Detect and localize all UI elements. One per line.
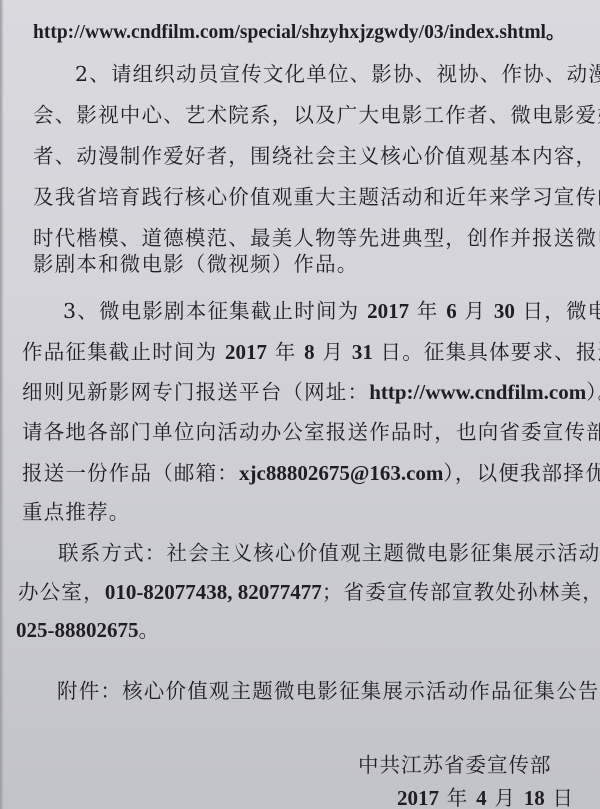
contact-line-1: 联系方式：社会主义核心价值观主题微电影征集展示活动 bbox=[58, 541, 600, 565]
text: 年 bbox=[439, 786, 476, 809]
text: 年 bbox=[409, 299, 446, 323]
month: 4 bbox=[476, 786, 487, 809]
para2-line-1: 2、请组织动员宣传文化单位、影协、视协、作协、动漫协 bbox=[75, 62, 600, 86]
attachment-line: 附件：核心价值观主题微电影征集展示活动作品征集公告 bbox=[57, 679, 600, 703]
text: 细则见新影网专门报送平台（网址： bbox=[22, 380, 369, 404]
month: 8 bbox=[304, 340, 315, 364]
page-edge-shadow bbox=[0, 0, 4, 809]
para3-line-4: 请各地各部门单位向活动办公室报送作品时，也向省委宣传部 bbox=[22, 420, 600, 444]
para2-line-4: 及我省培育践行核心价值观重大主题活动和近年来学习宣传的 bbox=[33, 185, 600, 209]
email-link[interactable]: xjc88802675@163.com bbox=[239, 461, 443, 485]
para3-line-3: 细则见新影网专门报送平台（网址：http://www.cndfilm.com）。 bbox=[22, 380, 600, 404]
phone-numbers: 010-82077438, 82077477 bbox=[105, 580, 322, 604]
month: 6 bbox=[446, 299, 457, 323]
text: 日 bbox=[545, 786, 574, 809]
contact-line-2: 办公室，010-82077438, 82077477；省委宣传部宣教处孙林美， bbox=[18, 580, 600, 604]
text: 月 bbox=[457, 299, 494, 323]
para2-line-6: 影剧本和微电影（微视频）作品。 bbox=[33, 252, 359, 276]
para3-line-1: 3、微电影剧本征集截止时间为 2017 年 6 月 30 日，微电影 bbox=[63, 299, 600, 323]
day: 31 bbox=[352, 340, 373, 364]
year: 2017 bbox=[225, 340, 267, 364]
year: 2017 bbox=[397, 786, 439, 809]
day: 30 bbox=[494, 299, 515, 323]
text: 3、微电影剧本征集截止时间为 bbox=[63, 299, 367, 323]
text: 作品征集截止时间为 bbox=[22, 340, 225, 364]
text: ；省委宣传部宣教处孙林美， bbox=[322, 580, 600, 604]
text: 日。征集具体要求、报送 bbox=[373, 340, 600, 364]
website-link[interactable]: http://www.cndfilm.com bbox=[369, 380, 586, 404]
contact-line-3: 025-88802675。 bbox=[16, 618, 160, 642]
para2-line-2: 会、影视中心、艺术院系，以及广大电影工作者、微电影爱好 bbox=[33, 103, 600, 127]
text: 年 bbox=[267, 340, 304, 364]
text: 月 bbox=[487, 786, 524, 809]
phone-number: 025-88802675 bbox=[16, 618, 139, 642]
text: ）。 bbox=[586, 380, 600, 404]
text: ），以便我部择优 bbox=[443, 461, 600, 485]
text: 办公室， bbox=[18, 580, 105, 604]
url-line: http://www.cndfilm.com/special/shzyhxjzg… bbox=[33, 21, 565, 45]
para3-line-5: 报送一份作品（邮箱：xjc88802675@163.com），以便我部择优 bbox=[22, 461, 600, 485]
day: 18 bbox=[524, 786, 545, 809]
para3-line-6: 重点推荐。 bbox=[22, 500, 131, 524]
year: 2017 bbox=[367, 299, 409, 323]
para2-line-3: 者、动漫制作爱好者，围绕社会主义核心价值观基本内容，以 bbox=[33, 144, 600, 168]
text: 日，微电影 bbox=[515, 299, 600, 323]
signature-date: 2017 年 4 月 18 日 bbox=[397, 786, 574, 809]
text: 月 bbox=[315, 340, 352, 364]
para2-line-5: 时代楷模、道德模范、最美人物等先进典型，创作并报送微电 bbox=[33, 226, 600, 250]
signature-org: 中共江苏省委宣传部 bbox=[358, 753, 552, 777]
para3-line-2: 作品征集截止时间为 2017 年 8 月 31 日。征集具体要求、报送 bbox=[22, 340, 600, 364]
text: 报送一份作品（邮箱： bbox=[22, 461, 239, 485]
document-page: http://www.cndfilm.com/special/shzyhxjzg… bbox=[0, 0, 600, 809]
text: 。 bbox=[139, 618, 161, 642]
